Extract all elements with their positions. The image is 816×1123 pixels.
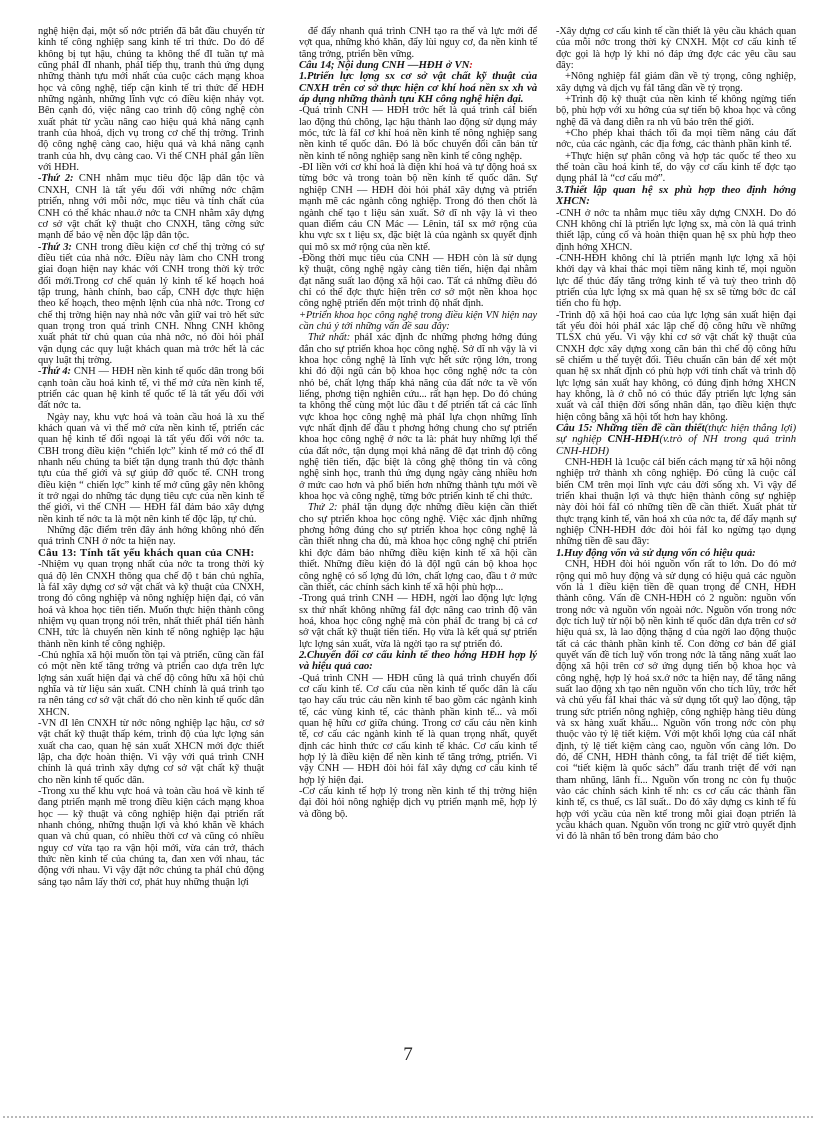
subheading-huy-dong-von: 1.Huy động vốn và sử dụng vốn có hiệu qu… (556, 548, 796, 559)
paragraph: -Trong xu thế khu vực hoá và toàn cầu ho… (38, 786, 264, 888)
subheading-1: 1.Ptriển lực lợng sx cơ sở vật chất kỹ t… (299, 71, 537, 105)
question-heading-cau15: Câu 15: Những tiền đề cần thiết(thực hiệ… (556, 423, 796, 457)
heading-text: CNH-HĐH (608, 433, 660, 445)
page-break-divider (3, 1116, 813, 1118)
paragraph-lead: -Thứ 3: (38, 242, 72, 253)
paragraph-text: phảI xác định đc những phơng hớng đúng đ… (299, 332, 537, 502)
heading-red-colon: : (469, 59, 473, 71)
page-sheet: nghệ hiện đại, một số nớc ptriển đã bắt … (0, 0, 816, 1123)
paragraph: +Trình độ kỹ thuật của nền kinh tế không… (556, 94, 796, 128)
paragraph-lead: Thứ 2: (308, 502, 337, 513)
paragraph: Những đặc điểm trên đây ảnh hởng không n… (38, 525, 264, 548)
paragraph: để đẩy nhanh quá trình CNH tạo ra thế và… (299, 26, 537, 60)
paragraph: +Cho phép khai thách tối đa mọi tiềm năn… (556, 128, 796, 151)
paragraph: -CNH-HĐH không chỉ là ptriển mạnh lực lợ… (556, 253, 796, 310)
paragraph-lead: -Thứ 4: (38, 366, 71, 377)
page-number: 7 (0, 1044, 816, 1066)
paragraph: -Thứ 4: CNH — HĐH nền kinh tế quốc dân t… (38, 366, 264, 411)
paragraph-lead: Thứ nhất: (308, 332, 350, 343)
subheading-2: 2.Chuyển đổi cơ cấu kinh tế theo hớng HĐ… (299, 650, 537, 673)
paragraph-lead: -Thứ 2: (38, 173, 73, 184)
paragraph: -Chủ nghĩa xã hội muốn tồn tại và ptriển… (38, 650, 264, 718)
paragraph: -Thứ 2: CNH nhằm mục tiêu độc lập dân tộ… (38, 173, 264, 241)
heading-text: Câu 15: Những tiền đề cần thiết (556, 422, 705, 434)
paragraph: CNH, HĐH đòi hỏi nguồn vốn rất to lớn. D… (556, 559, 796, 843)
paragraph: Thứ 2: phảI tận dụng đợc những điều kiện… (299, 502, 537, 593)
paragraph: -Trong quá trình CNH — HĐH, ngời lao độn… (299, 593, 537, 650)
paragraph-text: phảI tận dụng đợc những điều kiện cần th… (299, 502, 537, 592)
text-column-left: nghệ hiện đại, một số nớc ptriển đã bắt … (38, 26, 264, 888)
paragraph: Ngày nay, khu vực hoá và toàn cầu hoá là… (38, 412, 264, 525)
paragraph: -ĐI liền với cơ khí hoá là điện khí hoá … (299, 162, 537, 253)
paragraph: -Trình độ xã hội hoá cao của lực lợng sả… (556, 310, 796, 423)
paragraph: -Thứ 3: CNH trong điều kiện cơ chế thị t… (38, 242, 264, 367)
paragraph: CNH-HĐH là 1cuộc cảI biến cách mạng từ x… (556, 457, 796, 548)
paragraph: +Thực hiện sự phân công và hợp tác quốc … (556, 151, 796, 185)
paragraph-text: CNH — HĐH nền kinh tế quốc dân trong bối… (38, 366, 264, 411)
text-column-right: -Xây dựng cơ cấu kinh tế cần thiết là yê… (556, 26, 796, 843)
paragraph: -VN đI lên CNXH từ nớc nông nghiệp lạc h… (38, 718, 264, 786)
paragraph: -CNH ở nớc ta nhằm mục tiêu xây dựng CNX… (556, 208, 796, 253)
text-column-middle: để đẩy nhanh quá trình CNH tạo ra thế và… (299, 26, 537, 820)
paragraph: nghệ hiện đại, một số nớc ptriển đã bắt … (38, 26, 264, 173)
paragraph: -Nhiệm vụ quan trọng nhất của nớc ta tro… (38, 559, 264, 650)
paragraph: -Quá trình CNH — HĐH trớc hết là quá trì… (299, 105, 537, 162)
heading-text: Câu 14; Nội dung CNH —HĐH ở VN (299, 59, 469, 71)
paragraph: -Cơ cấu kinh tế hợp lý trong nền kinh tế… (299, 786, 537, 820)
paragraph: Thứ nhất: phảI xác định đc những phơng h… (299, 332, 537, 502)
note-italic: +Ptriển khoa học công nghệ trong điều ki… (299, 310, 537, 333)
question-heading-cau13: Câu 13: Tính tất yếu khách quan của CNH: (38, 548, 264, 559)
paragraph: -Xây dựng cơ cấu kinh tế cần thiết là yê… (556, 26, 796, 71)
paragraph: +Nông nghiệp fảI giảm dần về tỷ trọng, c… (556, 71, 796, 94)
paragraph: -Đồng thời mục tiêu của CNH — HĐH còn là… (299, 253, 537, 310)
subheading-3: 3.Thiết lập quan hệ sx phù hợp theo định… (556, 185, 796, 208)
paragraph-text: CNH trong điều kiện cơ chế thị trờng có … (38, 242, 264, 366)
paragraph: -Quá trình CNH — HĐH cũng là quá trình c… (299, 673, 537, 786)
